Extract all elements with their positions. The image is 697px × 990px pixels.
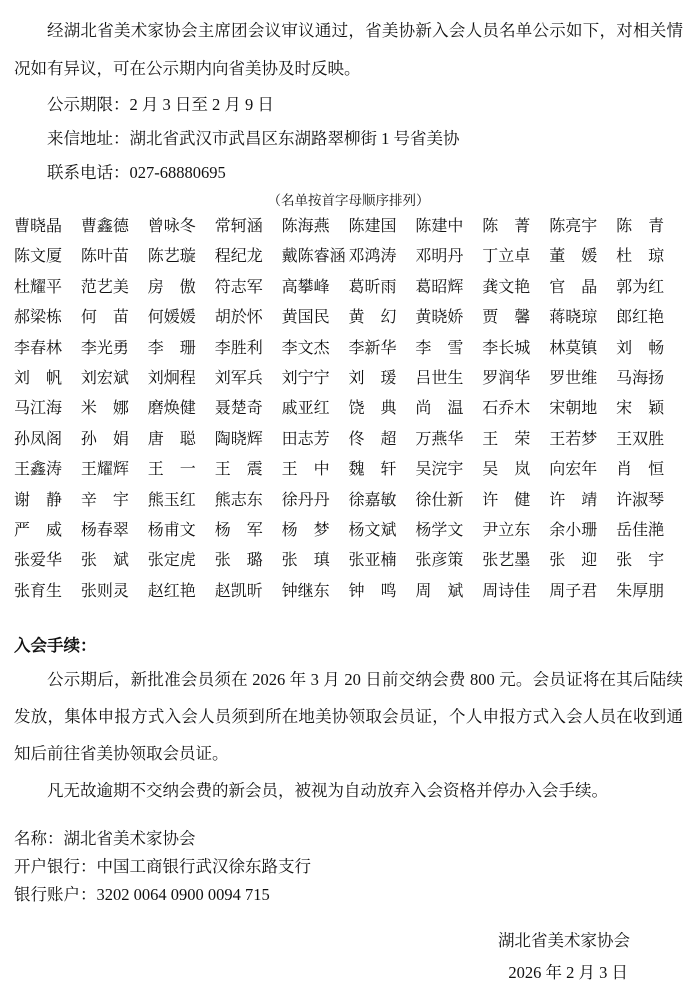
member-name: 范艺美 [81, 273, 148, 303]
member-name: 陈亮宇 [549, 212, 616, 242]
member-name: 尚 温 [415, 394, 482, 424]
member-name: 张育生 [14, 577, 81, 607]
member-name: 郭为红 [616, 273, 683, 303]
member-name: 陈叶苗 [81, 242, 148, 272]
member-name: 杨 梦 [282, 516, 349, 546]
member-name: 辛 宇 [81, 486, 148, 516]
member-name: 唐 聪 [148, 425, 215, 455]
contact-phone-line: 联系电话：027-68880695 [14, 156, 683, 190]
member-name: 杜 琼 [616, 242, 683, 272]
procedures-paragraph-1: 公示期后，新批准会员须在 2026 年 3 月 20 日前交纳会费 800 元。… [14, 661, 683, 772]
member-name: 李文杰 [282, 334, 349, 364]
mail-address-line: 来信地址：湖北省武汉市武昌区东湖路翠柳街 1 号省美协 [14, 122, 683, 156]
member-name: 陈 菁 [482, 212, 549, 242]
member-name: 李胜利 [215, 334, 282, 364]
member-name: 魏 轩 [349, 455, 416, 485]
member-name: 王若梦 [549, 425, 616, 455]
member-name: 马江海 [14, 394, 81, 424]
member-name: 李 雪 [415, 334, 482, 364]
member-name: 张则灵 [81, 577, 148, 607]
member-name: 钟继东 [282, 577, 349, 607]
member-name: 黄晓娇 [415, 303, 482, 333]
member-name: 余小珊 [549, 516, 616, 546]
member-name: 张 瑱 [282, 546, 349, 576]
member-name: 李新华 [349, 334, 416, 364]
member-name: 刘炯程 [148, 364, 215, 394]
member-name: 张 璐 [215, 546, 282, 576]
member-name: 岳佳滟 [616, 516, 683, 546]
member-name: 何 苗 [81, 303, 148, 333]
member-name: 向宏年 [549, 455, 616, 485]
member-name: 赵红艳 [148, 577, 215, 607]
member-name: 周 斌 [415, 577, 482, 607]
member-name: 丁立卓 [482, 242, 549, 272]
member-name: 刘宏斌 [81, 364, 148, 394]
member-name: 邓鸿涛 [349, 242, 416, 272]
member-name: 程纪龙 [215, 242, 282, 272]
member-name: 郝梁栋 [14, 303, 81, 333]
member-name: 杨文斌 [349, 516, 416, 546]
member-name: 杨春翠 [81, 516, 148, 546]
member-name: 王双胜 [616, 425, 683, 455]
member-name: 房 傲 [148, 273, 215, 303]
signature-block: 湖北省美术家协会 2026 年 2 月 3 日 [14, 925, 683, 989]
member-name: 严 威 [14, 516, 81, 546]
member-name: 陈 青 [616, 212, 683, 242]
member-name: 吕世生 [415, 364, 482, 394]
member-name: 黄国民 [282, 303, 349, 333]
member-name: 官 晶 [549, 273, 616, 303]
member-name: 许 靖 [549, 486, 616, 516]
member-name: 万燕华 [415, 425, 482, 455]
member-name: 罗润华 [482, 364, 549, 394]
member-name: 高攀峰 [282, 273, 349, 303]
member-name: 李光勇 [81, 334, 148, 364]
member-name: 王耀辉 [81, 455, 148, 485]
member-name: 陈建国 [349, 212, 416, 242]
member-name: 戴陈睿涵 [282, 242, 349, 272]
member-name-grid: 曹晓晶曹鑫德曾咏冬常轲涵陈海燕陈建国陈建中陈 菁陈亮宇陈 青陈文厦陈叶苗陈艺璇程… [14, 212, 683, 607]
member-name: 孙 娟 [81, 425, 148, 455]
member-name: 黄 幻 [349, 303, 416, 333]
member-name: 龚文艳 [482, 273, 549, 303]
member-name: 徐丹丹 [282, 486, 349, 516]
member-name: 田志芳 [282, 425, 349, 455]
member-name: 朱厚朋 [616, 577, 683, 607]
member-name: 杨学文 [415, 516, 482, 546]
member-name: 刘 瑗 [349, 364, 416, 394]
member-name: 吴浣宇 [415, 455, 482, 485]
member-name: 刘军兵 [215, 364, 282, 394]
member-name: 刘 帆 [14, 364, 81, 394]
member-name: 周诗佳 [482, 577, 549, 607]
member-name: 李 珊 [148, 334, 215, 364]
member-name: 徐嘉敏 [349, 486, 416, 516]
member-name: 刘 畅 [616, 334, 683, 364]
member-name: 杨 军 [215, 516, 282, 546]
member-name: 陈海燕 [282, 212, 349, 242]
member-name: 王 一 [148, 455, 215, 485]
member-name: 胡於怀 [215, 303, 282, 333]
member-name: 王鑫涛 [14, 455, 81, 485]
bank-account-block: 名称：湖北省美术家协会 开户银行：中国工商银行武汉徐东路支行 银行账户：3202… [14, 825, 683, 909]
member-name: 熊志东 [215, 486, 282, 516]
member-name: 徐仕新 [415, 486, 482, 516]
member-name: 周子君 [549, 577, 616, 607]
account-name-line: 名称：湖北省美术家协会 [14, 825, 683, 853]
member-name: 葛昕雨 [349, 273, 416, 303]
member-name: 董 媛 [549, 242, 616, 272]
member-name: 吴 岚 [482, 455, 549, 485]
member-name: 钟 鸣 [349, 577, 416, 607]
member-name: 陈文厦 [14, 242, 81, 272]
member-name: 戚亚红 [282, 394, 349, 424]
signature-date: 2026 年 2 月 3 日 [14, 957, 630, 989]
member-name: 陈艺璇 [148, 242, 215, 272]
member-name: 宋 颖 [616, 394, 683, 424]
member-name: 肖 恒 [616, 455, 683, 485]
member-name: 陈建中 [415, 212, 482, 242]
member-name: 张 斌 [81, 546, 148, 576]
member-name: 马海扬 [616, 364, 683, 394]
member-name: 饶 典 [349, 394, 416, 424]
member-name: 张艺墨 [482, 546, 549, 576]
member-name: 谢 静 [14, 486, 81, 516]
member-name: 张爱华 [14, 546, 81, 576]
member-name: 杜耀平 [14, 273, 81, 303]
procedures-paragraph-2: 凡无故逾期不交纳会费的新会员，被视为自动放弃入会资格并停办入会手续。 [14, 772, 683, 809]
member-name: 葛昭辉 [415, 273, 482, 303]
document-page: 经湖北省美术家协会主席团会议审议通过，省美协新入会人员名单公示如下，对相关情况如… [0, 0, 697, 990]
member-name: 曹晓晶 [14, 212, 81, 242]
member-name: 林莫镇 [549, 334, 616, 364]
member-name: 米 娜 [81, 394, 148, 424]
member-name: 许淑琴 [616, 486, 683, 516]
member-name: 孙凤阁 [14, 425, 81, 455]
member-name: 陶晓辉 [215, 425, 282, 455]
member-name: 宋朝地 [549, 394, 616, 424]
member-name: 熊玉红 [148, 486, 215, 516]
member-name: 何媛媛 [148, 303, 215, 333]
sort-order-note: （名单按首字母顺序排列） [14, 190, 683, 212]
publicity-period-line: 公示期限：2 月 3 日至 2 月 9 日 [14, 88, 683, 122]
member-name: 曹鑫德 [81, 212, 148, 242]
member-name: 石乔木 [482, 394, 549, 424]
member-name: 赵凯昕 [215, 577, 282, 607]
procedures-heading: 入会手续： [14, 631, 683, 661]
member-name: 罗世维 [549, 364, 616, 394]
member-name: 李长城 [482, 334, 549, 364]
member-name: 许 健 [482, 486, 549, 516]
member-name: 张彦策 [415, 546, 482, 576]
member-name: 曾咏冬 [148, 212, 215, 242]
member-name: 张亚楠 [349, 546, 416, 576]
member-name: 邓明丹 [415, 242, 482, 272]
member-name: 佟 超 [349, 425, 416, 455]
member-name: 蒋晓琼 [549, 303, 616, 333]
member-name: 常轲涵 [215, 212, 282, 242]
member-name: 磨焕健 [148, 394, 215, 424]
member-name: 贾 馨 [482, 303, 549, 333]
member-name: 张定虎 [148, 546, 215, 576]
member-name: 杨甫文 [148, 516, 215, 546]
member-name: 王 荣 [482, 425, 549, 455]
member-name: 刘宁宁 [282, 364, 349, 394]
member-name: 郎红艳 [616, 303, 683, 333]
account-number-line: 银行账户：3202 0064 0900 0094 715 [14, 881, 683, 909]
signature-organization: 湖北省美术家协会 [14, 925, 630, 957]
member-name: 聂楚奇 [215, 394, 282, 424]
member-name: 符志军 [215, 273, 282, 303]
intro-paragraph: 经湖北省美术家协会主席团会议审议通过，省美协新入会人员名单公示如下，对相关情况如… [14, 12, 683, 88]
member-name: 王 中 [282, 455, 349, 485]
account-bank-line: 开户银行：中国工商银行武汉徐东路支行 [14, 853, 683, 881]
member-name: 李春林 [14, 334, 81, 364]
member-name: 张 迎 [549, 546, 616, 576]
member-name: 王 震 [215, 455, 282, 485]
member-name: 尹立东 [482, 516, 549, 546]
member-name: 张 宇 [616, 546, 683, 576]
